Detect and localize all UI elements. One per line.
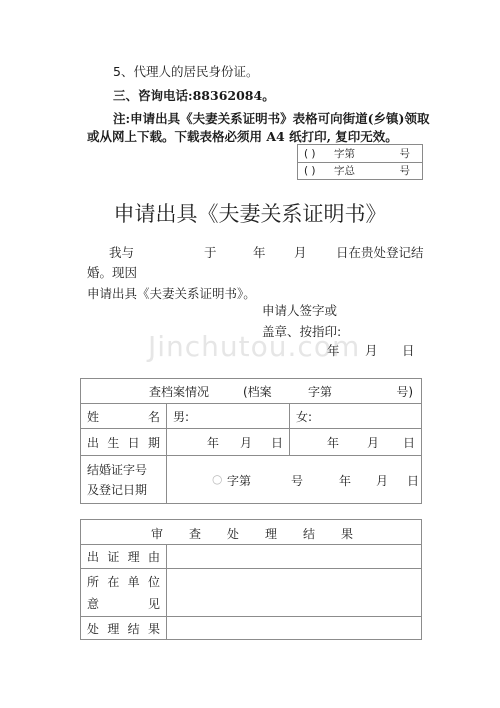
hao-label: 号 (291, 472, 303, 489)
archive-prefix: (档案 (243, 383, 272, 400)
male-name-field[interactable]: 男: (167, 404, 290, 429)
archive-header-row: 查档案情况 (档案 字第 号) (81, 379, 422, 404)
paren-field[interactable]: ( ) (304, 163, 316, 179)
opinion-yi: 意 (87, 593, 99, 615)
name-row: 姓 名 男: 女: (81, 404, 422, 429)
review-header-char: 结 (303, 525, 315, 542)
paren-field[interactable]: ( ) (304, 146, 316, 162)
nian-label: 年 (327, 434, 339, 451)
archive-hao: 号) (396, 383, 413, 400)
yue-label: 月 (367, 434, 379, 451)
nian-label: 年 (339, 472, 351, 489)
hao-label: 号 (400, 146, 411, 162)
archive-number-row: ( ) 字第 号 (298, 145, 422, 162)
review-header-char: 审 (151, 525, 163, 542)
archive-check-label: 查档案情况 (149, 383, 209, 400)
male-birth-field[interactable]: 年 月 日 (167, 429, 290, 456)
page-title: 申请出具《夫妻关系证明书》 (0, 200, 500, 228)
note-line2: 或从网上下载。下载表格必须用 A4 纸打印, 复印无效。 (87, 129, 398, 145)
marriage-label-line2: 及登记日期 (87, 480, 166, 500)
marriage-label-line1: 结婚证字号 (87, 460, 166, 480)
marriage-cert-field[interactable]: ○ 字第 号 年 月 日 (167, 456, 422, 504)
ri-label: 日 (271, 434, 283, 451)
body-line2: 婚。现因 (87, 265, 137, 281)
sign-date-ri: 日 (402, 343, 415, 359)
name-label: 姓 名 (81, 404, 167, 429)
result-row: 处理结果 (81, 617, 422, 640)
opinion-jian: 见 (148, 593, 160, 615)
archive-total-row: ( ) 字总 号 (298, 162, 422, 179)
unit-opinion-field[interactable] (167, 569, 422, 617)
note-line1: 注:申请出具《夫妻关系证明书》表格可向街道(乡镇)领取 (113, 111, 429, 127)
yue-label: 月 (240, 434, 252, 451)
unit-opinion-line2: 意 见 (87, 593, 160, 615)
female-name-field[interactable]: 女: (290, 404, 422, 429)
zi-di-label: 字第 (227, 472, 251, 489)
body-yu: 于 (204, 245, 217, 261)
issue-reason-row: 出证理由 (81, 545, 422, 569)
archive-check-table: 查档案情况 (档案 字第 号) 姓 名 男: 女: 出生日期 年 月 日 年 月… (80, 378, 422, 504)
ri-label: 日 (407, 472, 419, 489)
birth-label: 出生日期 (81, 429, 167, 456)
review-header-char: 果 (341, 525, 353, 542)
body-nian: 年 (253, 245, 266, 261)
sign-date-yue: 月 (365, 343, 378, 359)
review-header-char: 查 (189, 525, 201, 542)
body-wo-yu: 我与 (109, 245, 134, 261)
result-field[interactable] (167, 617, 422, 640)
body-ri-zai: 日在贵处登记结 (336, 245, 424, 261)
marriage-cert-label: 结婚证字号 及登记日期 (81, 456, 167, 504)
review-header-char: 理 (265, 525, 277, 542)
ri-label: 日 (403, 434, 415, 451)
circle-mark-icon: ○ (212, 472, 222, 486)
unit-opinion-label: 所在单位 意 见 (81, 569, 167, 617)
birth-row: 出生日期 年 月 日 年 月 日 (81, 429, 422, 456)
review-result-table: 审 查 处 理 结 果 出证理由 所在单位 意 见 处理结果 (80, 519, 422, 640)
issue-reason-field[interactable] (167, 545, 422, 569)
zi-label: 字第 (334, 146, 355, 162)
nian-label: 年 (207, 434, 219, 451)
archive-zi-di: 字第 (308, 383, 332, 400)
sign-date-nian: 年 (327, 343, 340, 359)
sign-line2: 盖章、按指印: (262, 324, 341, 340)
issue-reason-label: 出证理由 (81, 545, 167, 569)
zi-label: 字总 (334, 163, 355, 179)
body-line3: 申请出具《夫妻关系证明书》。 (87, 286, 256, 302)
unit-opinion-line1: 所在单位 (87, 571, 160, 593)
result-label: 处理结果 (81, 617, 167, 640)
marriage-cert-row: 结婚证字号 及登记日期 ○ 字第 号 年 月 日 (81, 456, 422, 504)
female-birth-field[interactable]: 年 月 日 (290, 429, 422, 456)
archive-number-box: ( ) 字第 号 ( ) 字总 号 (297, 144, 423, 180)
review-header-row: 审 查 处 理 结 果 (81, 520, 422, 545)
consult-phone: 三、咨询电话:88362084。 (113, 88, 275, 104)
body-yue: 月 (294, 245, 307, 261)
unit-opinion-row: 所在单位 意 见 (81, 569, 422, 617)
hao-label: 号 (400, 163, 411, 179)
yue-label: 月 (376, 472, 388, 489)
sign-line1: 申请人签字或 (262, 303, 337, 319)
note-item5: 5、代理人的居民身份证。 (113, 64, 258, 80)
review-header-char: 处 (227, 525, 239, 542)
